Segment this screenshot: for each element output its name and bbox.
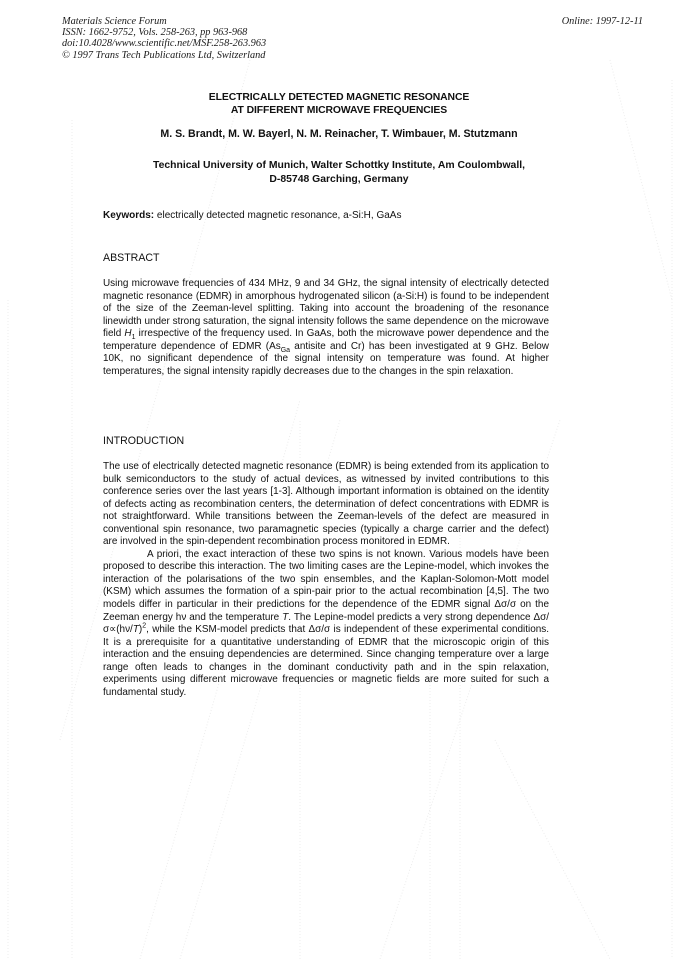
- intro-text-d: , while the KSM-model predicts that Δσ/σ…: [103, 624, 549, 698]
- affiliation: Technical University of Munich, Walter S…: [0, 159, 678, 187]
- intro-paragraph-1: The use of electrically detected magneti…: [103, 461, 549, 549]
- keywords-label: Keywords:: [103, 210, 154, 221]
- authors: M. S. Brandt, M. W. Bayerl, N. M. Reinac…: [0, 128, 678, 141]
- introduction-body: The use of electrically detected magneti…: [103, 461, 549, 699]
- title-line-1: ELECTRICALLY DETECTED MAGNETIC RESONANCE: [0, 91, 678, 104]
- keywords: Keywords: electrically detected magnetic…: [103, 209, 401, 222]
- paper-title: ELECTRICALLY DETECTED MAGNETIC RESONANCE…: [0, 91, 678, 117]
- abstract-paragraph: Using microwave frequencies of 434 MHz, …: [103, 278, 549, 378]
- abstract-body: Using microwave frequencies of 434 MHz, …: [103, 278, 549, 378]
- journal-name: Materials Science Forum: [62, 16, 266, 27]
- affiliation-line-1: Technical University of Munich, Walter S…: [0, 159, 678, 173]
- abstract-heading: ABSTRACT: [103, 252, 160, 265]
- doi-link[interactable]: doi:10.4028/www.scientific.net/MSF.258-2…: [62, 38, 266, 49]
- introduction-heading: INTRODUCTION: [103, 435, 184, 448]
- title-line-2: AT DIFFERENT MICROWAVE FREQUENCIES: [0, 104, 678, 117]
- affiliation-line-2: D-85748 Garching, Germany: [0, 173, 678, 187]
- h1-symbol: H: [124, 328, 131, 339]
- online-date: Online: 1997-12-11: [562, 16, 643, 27]
- intro-paragraph-2: A priori, the exact interaction of these…: [103, 549, 549, 700]
- journal-header: Materials Science Forum ISSN: 1662-9752,…: [62, 16, 266, 61]
- issn-line: ISSN: 1662-9752, Vols. 258-263, pp 963-9…: [62, 27, 266, 38]
- keywords-list: electrically detected magnetic resonance…: [157, 210, 402, 221]
- copyright-line: © 1997 Trans Tech Publications Ltd, Swit…: [62, 50, 266, 61]
